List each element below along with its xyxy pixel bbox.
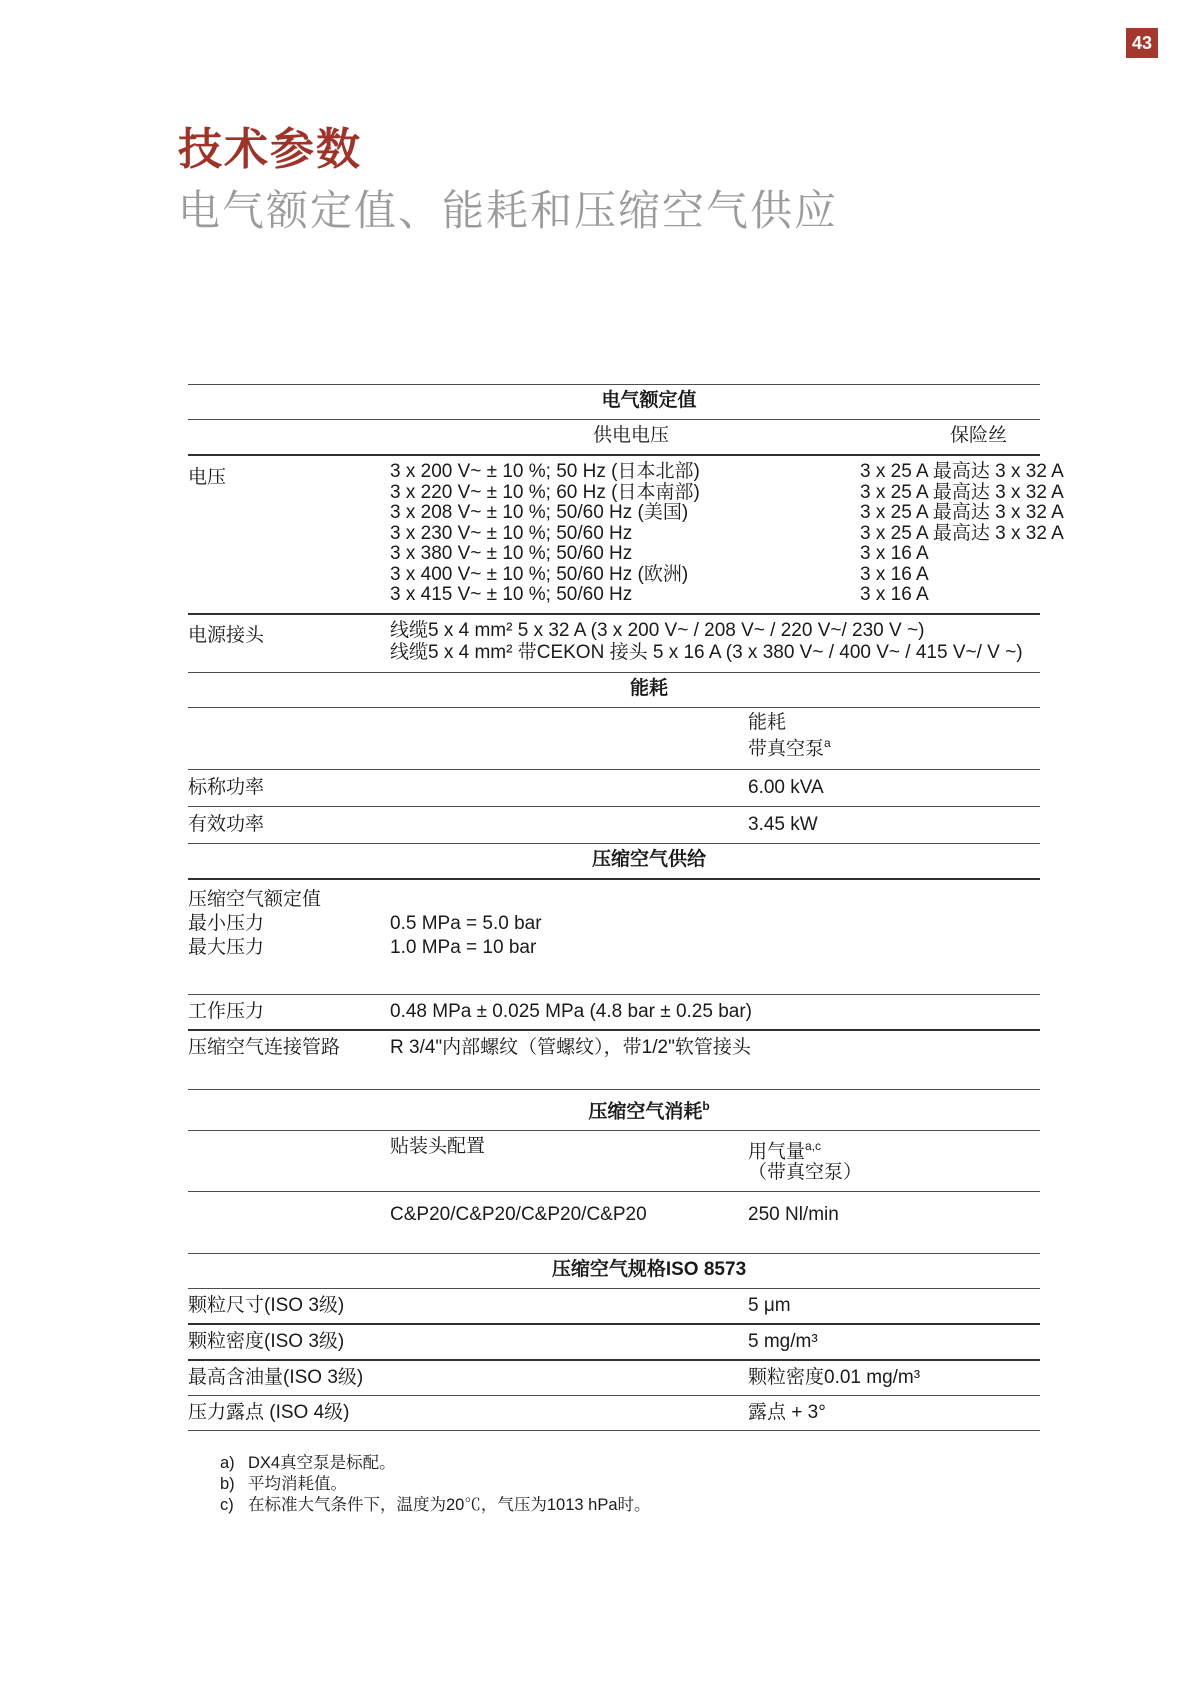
particle-density-value: 5 mg/m³ — [748, 1331, 1040, 1352]
spec-row-particle-size: 颗粒尺寸(ISO 3级) 5 μm — [188, 1289, 1040, 1323]
row-effective-power: 有效功率 3.45 kW — [188, 807, 1040, 843]
footnote-marker: c) — [220, 1495, 248, 1516]
spec-table: 电气额定值 供电电压 保险丝 电压 3 x 200 V~ ± 10 %; 50 … — [188, 384, 1040, 1516]
air-connection-label: 压缩空气连接管路 — [188, 1037, 390, 1058]
energy-col-header: 能耗 带真空泵a — [748, 713, 1040, 760]
voltage-fuse-line: 3 x 16 A — [860, 585, 1040, 606]
power-connector-label: 电源接头 — [188, 620, 390, 664]
particle-density-label: 颗粒密度(ISO 3级) — [188, 1331, 390, 1352]
row-voltage: 电压 3 x 200 V~ ± 10 %; 50 Hz (日本北部) 3 x 2… — [188, 456, 1040, 613]
consumption-config-value: C&P20/C&P20/C&P20/C&P20 — [390, 1204, 748, 1225]
oil-content-label: 最高含油量(ISO 3级) — [188, 1367, 390, 1388]
effective-power-value: 3.45 kW — [748, 814, 1040, 835]
footnote-text: 在标准大气条件下，温度为20℃，气压为1013 hPa时。 — [248, 1495, 651, 1516]
footnote-marker: a) — [220, 1453, 248, 1474]
voltage-supply-line: 3 x 380 V~ ± 10 %; 50/60 Hz — [390, 544, 748, 565]
voltage-fuse-line: 3 x 25 A 最高达 3 x 32 A — [860, 483, 1040, 504]
document-page: 43 技术参数 电气额定值、能耗和压缩空气供应 电气额定值 供电电压 保险丝 电… — [0, 0, 1190, 1684]
section-air-spec-header: 压缩空气规格ISO 8573 — [188, 1254, 1040, 1288]
electrical-column-headers: 供电电压 保险丝 — [188, 420, 1040, 454]
footnote-ref-ac: a,c — [805, 1139, 821, 1153]
table-rule — [188, 1430, 1040, 1431]
voltage-fuse-line: 3 x 25 A 最高达 3 x 32 A — [860, 524, 1040, 545]
section-air-consumption-header: 压缩空气消耗b — [188, 1090, 1040, 1130]
min-pressure-value: 0.5 MPa = 5.0 bar — [390, 912, 748, 936]
power-connector-line: 线缆5 x 4 mm² 5 x 32 A (3 x 200 V~ / 208 V… — [390, 620, 1040, 642]
spec-row-oil-content: 最高含油量(ISO 3级) 颗粒密度0.01 mg/m³ — [188, 1361, 1040, 1395]
footnote-b: b) 平均消耗值。 — [220, 1474, 1040, 1495]
oil-content-value: 颗粒密度0.01 mg/m³ — [748, 1367, 1040, 1388]
dew-point-value: 露点 + 3° — [748, 1402, 1040, 1423]
energy-col-header-line2: 带真空泵a — [748, 733, 1040, 760]
energy-column-header: 能耗 带真空泵a — [188, 708, 1040, 769]
col-header-fuse: 保险丝 — [748, 425, 1040, 447]
power-connector-line: 线缆5 x 4 mm² 带CEKON 接头 5 x 16 A (3 x 380 … — [390, 642, 1040, 664]
nominal-power-value: 6.00 kVA — [748, 777, 1040, 798]
voltage-label: 电压 — [188, 462, 390, 606]
col-header-supply-voltage: 供电电压 — [188, 425, 748, 447]
consumption-column-headers: 贴装头配置 用气量a,c （带真空泵） — [188, 1131, 1040, 1191]
footnote-text: 平均消耗值。 — [248, 1474, 347, 1495]
page-number-badge: 43 — [1126, 28, 1158, 58]
footnote-marker: b) — [220, 1474, 248, 1495]
working-pressure-value: 0.48 MPa ± 0.025 MPa (4.8 bar ± 0.25 bar… — [390, 1001, 1040, 1022]
row-air-connection: 压缩空气连接管路 R 3/4"内部螺纹（管螺纹），带1/2"软管接头 — [188, 1031, 1040, 1067]
air-connection-value: R 3/4"内部螺纹（管螺纹），带1/2"软管接头 — [390, 1037, 1040, 1058]
effective-power-label: 有效功率 — [188, 814, 390, 835]
energy-col-header-line1: 能耗 — [748, 713, 1040, 734]
row-working-pressure: 工作压力 0.48 MPa ± 0.025 MPa (4.8 bar ± 0.2… — [188, 995, 1040, 1029]
voltage-supply-line: 3 x 200 V~ ± 10 %; 50 Hz (日本北部) — [390, 462, 748, 483]
section-energy-header: 能耗 — [188, 673, 1040, 707]
voltage-fuse-line: 3 x 16 A — [860, 544, 1040, 565]
voltage-supply-line: 3 x 230 V~ ± 10 %; 50/60 Hz — [390, 524, 748, 545]
voltage-supply-line: 3 x 415 V~ ± 10 %; 50/60 Hz — [390, 585, 748, 606]
col-header-air-usage-line2: （带真空泵） — [748, 1163, 1040, 1184]
col-header-air-usage: 用气量a,c （带真空泵） — [748, 1136, 1040, 1183]
footnotes: a) DX4真空泵是标配。 b) 平均消耗值。 c) 在标准大气条件下，温度为2… — [220, 1453, 1040, 1516]
row-air-rating: 压缩空气额定值 最小压力 0.5 MPa = 5.0 bar 最大压力 1.0 … — [188, 880, 1040, 994]
footnote-ref-b: b — [702, 1099, 709, 1113]
max-pressure-label: 最大压力 — [188, 936, 390, 960]
particle-size-label: 颗粒尺寸(ISO 3级) — [188, 1295, 390, 1316]
row-power-connector: 电源接头 线缆5 x 4 mm² 5 x 32 A (3 x 200 V~ / … — [188, 615, 1040, 672]
footnote-text: DX4真空泵是标配。 — [248, 1453, 396, 1474]
voltage-supply-line: 3 x 400 V~ ± 10 %; 50/60 Hz (欧洲) — [390, 565, 748, 586]
footnote-a: a) DX4真空泵是标配。 — [220, 1453, 1040, 1474]
page-header: 技术参数 电气额定值、能耗和压缩空气供应 — [178, 126, 838, 237]
max-pressure-value: 1.0 MPa = 10 bar — [390, 936, 748, 960]
spec-row-dew-point: 压力露点 (ISO 4级) 露点 + 3° — [188, 1396, 1040, 1430]
voltage-fuse-line: 3 x 25 A 最高达 3 x 32 A — [860, 503, 1040, 524]
doc-title: 技术参数 — [178, 126, 838, 174]
section-electrical-header: 电气额定值 — [188, 385, 1040, 419]
air-rating-label: 压缩空气额定值 — [188, 888, 390, 912]
nominal-power-label: 标称功率 — [188, 777, 390, 798]
voltage-supply-list: 3 x 200 V~ ± 10 %; 50 Hz (日本北部) 3 x 220 … — [390, 462, 748, 606]
col-header-head-config: 贴装头配置 — [390, 1136, 748, 1183]
power-connector-value: 线缆5 x 4 mm² 5 x 32 A (3 x 200 V~ / 208 V… — [390, 620, 1040, 664]
working-pressure-label: 工作压力 — [188, 1001, 390, 1022]
voltage-fuse-line: 3 x 16 A — [860, 565, 1040, 586]
row-nominal-power: 标称功率 6.00 kVA — [188, 770, 1040, 806]
min-pressure-label: 最小压力 — [188, 912, 390, 936]
dew-point-label: 压力露点 (ISO 4级) — [188, 1402, 390, 1423]
particle-size-value: 5 μm — [748, 1295, 1040, 1316]
footnote-ref-a: a — [824, 736, 831, 750]
row-consumption: C&P20/C&P20/C&P20/C&P20 250 Nl/min — [188, 1192, 1040, 1239]
voltage-fuse-line: 3 x 25 A 最高达 3 x 32 A — [860, 462, 1040, 483]
voltage-supply-line: 3 x 220 V~ ± 10 %; 60 Hz (日本南部) — [390, 483, 748, 504]
doc-subtitle: 电气额定值、能耗和压缩空气供应 — [178, 188, 838, 236]
voltage-fuse-list: 3 x 25 A 最高达 3 x 32 A 3 x 25 A 最高达 3 x 3… — [748, 462, 1040, 606]
spec-row-particle-density: 颗粒密度(ISO 3级) 5 mg/m³ — [188, 1325, 1040, 1359]
voltage-supply-line: 3 x 208 V~ ± 10 %; 50/60 Hz (美国) — [390, 503, 748, 524]
footnote-c: c) 在标准大气条件下，温度为20℃，气压为1013 hPa时。 — [220, 1495, 1040, 1516]
section-air-supply-header: 压缩空气供给 — [188, 844, 1040, 878]
consumption-usage-value: 250 Nl/min — [748, 1204, 1040, 1225]
